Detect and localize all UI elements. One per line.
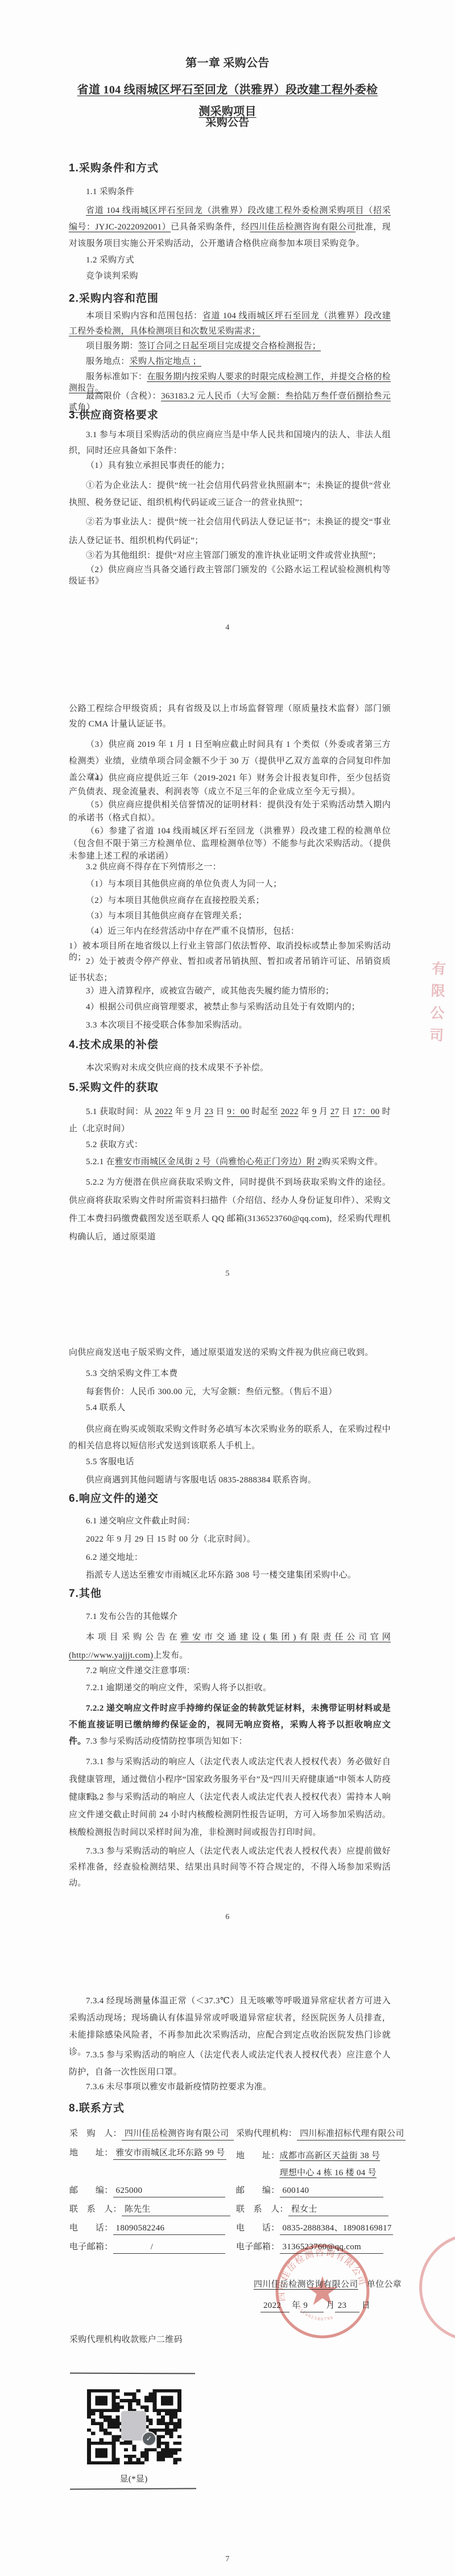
paragraph: 2）处于被责令停产停业、暂扣或者吊销执照、暂扣或者吊销许可证、吊销资质证书状态；	[69, 954, 391, 987]
text-run: 23	[335, 2300, 359, 2312]
contact-agency-address: 地 址：成都市高新区天益街 38 号理想中心 4 栋 16 楼 04 号	[236, 2147, 407, 2181]
contact-purchaser-zip: 邮 编：625000	[69, 2185, 225, 2197]
text-run: 四川佳岳检测咨询有限公司	[254, 2280, 358, 2289]
paragraph: 7.3.6 未尽事项以雅安市最新疫情防控要求为准。	[69, 2081, 391, 2093]
text-run: 采 购 人：	[69, 2129, 122, 2138]
text-run: 5.1 获取时间：从	[86, 1107, 155, 1116]
text-run: 日	[213, 1107, 227, 1116]
text-run: 邮 编：	[236, 2186, 280, 2195]
text-run: （4）近三年内在经营活动中存在严重不良情形，包括：	[86, 927, 299, 936]
contact-purchaser-person: 联 系 人：陈先生	[69, 2204, 230, 2216]
text-run: 指派专人送达至雅安市雨城区北环东路 308 号一楼交建集团采购中心。	[86, 1571, 356, 1580]
page-number: 5	[0, 1268, 455, 1280]
text-run: 7.3.6 未尽事项以雅安市最新疫情防控要求为准。	[86, 2082, 271, 2092]
text-run: 6.2 递交地址：	[86, 1553, 143, 1562]
text-run: 地 址：	[69, 2148, 113, 2158]
text-run: ①若为企业法人：提供“统一社会信用代码营业执照副本”；未换证的提供“营业执照、税…	[69, 481, 391, 507]
text-run: 1.1 采购条件	[86, 187, 134, 196]
paragraph: 供应商遇到其他问题请与客服电话 0835-2888384 联系咨询。	[69, 1474, 391, 1486]
contact-purchaser-phone: 电 话：18090582246	[69, 2222, 225, 2235]
paragraph: 本项目采购内容和范围包括：省道 104 线雨城区坪石至回龙（洪雅界）段改建工程外…	[69, 309, 391, 339]
text-run: 电子邮箱：	[69, 2242, 113, 2252]
text-run: 省道 104 线雨城区坪石至回龙（洪雅界）段改建工程外委检	[77, 84, 378, 96]
text-run: 第一章 采购公告	[185, 57, 269, 69]
text-run: 月	[191, 1107, 204, 1116]
text-run: 年	[173, 1107, 187, 1116]
document-title: 省道 104 线雨城区坪石至回龙（洪雅界）段改建工程外委检测采购项目	[45, 79, 409, 122]
document-page: 有限公司 四川佳岳检测咨询有限公司 511602580796 ✓ 第一章 采购公…	[0, 0, 455, 2576]
text-run: 27	[330, 1107, 340, 1116]
signature-company: 四川佳岳检测咨询有限公司 单位公章	[254, 2279, 402, 2290]
paragraph: 3）进入清算程序，或被宣告破产，或其他丧失履约能力情形的；	[69, 985, 391, 997]
text-run: 2）处于被责令停产停业、暂扣或者吊销执照、暂扣或者吊销许可证、吊销资质证书状态；	[69, 957, 391, 983]
text-run: 6.响应文件的递交	[69, 1493, 159, 1505]
text-run: 7.2 响应文件递交注意事项：	[86, 1666, 195, 1675]
text-run: 4	[225, 623, 229, 632]
qr-badge-check-icon: ✓	[142, 2431, 156, 2446]
text-run: 5.5 客服电话	[86, 1457, 134, 1466]
text-run: 2.采购内容和范围	[69, 293, 159, 305]
divider-line-top	[70, 2373, 195, 2374]
paragraph: ①若为企业法人：提供“统一社会信用代码营业执照副本”；未换证的提供“营业执照、税…	[69, 477, 391, 511]
text-run: 7.3 参与采购活动疫情防控事项告知如下：	[86, 1737, 247, 1746]
edge-seal-icon: 有限公司	[424, 960, 448, 1063]
paragraph: 指派专人送达至雅安市雨城区北环东路 308 号一楼交建集团采购中心。	[69, 1570, 391, 1581]
contact-agency: 采购代理机构：四川标准招标代理有限公司	[236, 2128, 406, 2140]
text-run: 3136523760@qq.com	[280, 2241, 383, 2254]
paragraph: 5.3 交纳采购文件工本费	[69, 1368, 391, 1379]
contact-agency-person: 联 系 人：程女士	[236, 2204, 388, 2216]
text-run: 项目服务期：	[86, 342, 138, 351]
paragraph: 1.2 采购方式	[69, 254, 391, 266]
text-run: 时起至	[249, 1107, 280, 1116]
signature-date: 2022 年9 月23 日	[260, 2300, 370, 2312]
text-run: 3.1 参与本项目采购活动的供应商应当是中华人民共和国境内的法人、非法人组织，同…	[69, 430, 391, 455]
text-run: 公路工程综合甲级资质；具有省级及以上市场监督管理（原质量技术监督）部门颁发的 C…	[69, 704, 391, 729]
text-run: 邮 编：	[69, 2186, 113, 2195]
text-run: 17：00	[353, 1107, 379, 1116]
text-run: 4.技术成果的补偿	[69, 1039, 159, 1051]
text-run: /	[113, 2241, 225, 2254]
text-run: 电子邮箱：	[236, 2242, 280, 2252]
text-run: 600140	[280, 2185, 383, 2197]
text-run: 单位公章	[358, 2280, 402, 2289]
contact-agency-email: 电子邮箱：3136523760@qq.com	[236, 2241, 383, 2254]
text-run: 电 话：	[69, 2224, 113, 2233]
text-run: 服务地点：	[86, 357, 130, 366]
text-run: 5.2 获取方式：	[86, 1140, 143, 1149]
section-heading: 7.其他	[69, 1588, 421, 1600]
paragraph: 省道 104 线雨城区坪石至回龙（洪雅界）段改建工程外委检测采购项目（招采编号：…	[69, 203, 391, 252]
paragraph: 3.1 参与本项目采购活动的供应商应当是中华人民共和国境内的法人、非法人组织，同…	[69, 427, 391, 459]
text-run: 1.2 采购方式	[86, 256, 134, 265]
text-run: 5.2.2 为方便潜在供应商获取采购文件，同时提供不到场获取采购文件的途径。供应…	[69, 1178, 391, 1242]
text-run: 5.2.1 在	[86, 1157, 115, 1166]
text-run: 5.采购文件的获取	[69, 1082, 159, 1094]
text-run: 5	[225, 1269, 229, 1278]
section-heading: 5.采购文件的获取	[69, 1082, 421, 1094]
text-run: （6）参建了省道 104 线雨城区坪石至回龙（洪雅界）段改建工程的检测单位（包含…	[69, 827, 391, 861]
text-run: 8.联系方式	[69, 2102, 125, 2114]
text-run: 采购公告	[205, 117, 249, 129]
text-run: 6.1 递交响应文件截止时间：	[86, 1517, 195, 1526]
text-run: 测采购项目	[198, 105, 257, 118]
paragraph: （1）具有独立承担民事责任的能力；	[69, 460, 391, 471]
text-run: 已具备采购条件，经	[171, 223, 250, 232]
text-run: 上发布。	[153, 1651, 188, 1660]
paragraph: （3）与本项目其他供应商存在管理关系；	[69, 910, 391, 922]
paragraph: 5.4 联系人	[69, 1402, 391, 1414]
section-heading: 8.联系方式	[69, 2103, 421, 2114]
text-run: 2022 年 9 月 29 日 15 时 00 分（北京时间）。	[86, 1535, 255, 1544]
paragraph: （5）供应商应提供相关信誉情况的证明材料：提供没有处于采购活动禁入期内的承诺书（…	[69, 799, 391, 825]
text-run: 3.3 本次项目不接受联合体参加采购活动。	[86, 1021, 247, 1030]
text-run: 5.3 交纳采购文件工本费	[86, 1369, 177, 1378]
text-run: 显(*显)	[120, 2475, 148, 2484]
text-run: 7.3.2 参与采购活动的响应人（法定代表人或法定代表人授权代表）需持本人响应文…	[69, 1793, 391, 1837]
text-run: 成都市高新区天益街 38 号理想中心 4 栋 16 楼 04 号	[280, 2147, 388, 2181]
text-run: （5）供应商应提供相关信誉情况的证明材料：提供没有处于采购活动禁入期内的承诺书（…	[69, 800, 391, 823]
text-run: 7.3.5 参与采购活动的响应人（法定代表人或法定代表人授权代表）应注意个人防护…	[69, 2051, 391, 2077]
paragraph: 7.3 参与采购活动疫情防控事项告知如下：	[69, 1736, 391, 1747]
text-run: 签订合同之日起至项目完成提交合格检测报告；	[138, 342, 321, 351]
text-run: 2022	[260, 2300, 289, 2312]
paragraph: 本项目采购公告在雅安市交通建设(集团)有限责任公司官网(http://www.y…	[69, 1628, 391, 1665]
paragraph: 项目服务期：签订合同之日起至项目完成提交合格检测报告；	[69, 340, 391, 352]
paragraph: 6.1 递交响应文件截止时间：	[69, 1515, 391, 1527]
text-run: 1.采购条件和方式	[69, 162, 159, 174]
text-run: 购买采购文件。	[322, 1157, 383, 1166]
paragraph: 7.3.5 参与采购活动的响应人（法定代表人或法定代表人授权代表）应注意个人防护…	[69, 2047, 391, 2081]
text-run: 最高限价（含税）：	[86, 392, 161, 401]
paragraph: （2）与本项目其他供应商存在直接控股关系；	[69, 895, 391, 906]
text-run: 供应商在购买或领取采购文件时务必填写本次采购业务的联系人，在采购过程中的相关信息…	[69, 1425, 391, 1451]
page-number: 7	[0, 2554, 455, 2565]
paragraph: 1.1 采购条件	[69, 186, 391, 198]
page-number: 6	[0, 1912, 455, 1923]
text-run: 3.供应商资格要求	[69, 409, 159, 421]
paragraph: 7.1 发布公告的其他媒介	[69, 1611, 391, 1622]
document-subtitle: 采购公告	[0, 117, 455, 129]
paragraph: 公路工程综合甲级资质；具有省级及以上市场监督管理（原质量技术监督）部门颁发的 C…	[69, 701, 391, 732]
text-run: 四川标准招标代理有限公司	[297, 2128, 406, 2140]
contact-purchaser-address: 地 址：雅安市雨城区北环东路 99 号	[69, 2147, 226, 2160]
section-heading: 2.采购内容和范围	[69, 293, 421, 305]
paragraph: 5.2.1 在雅安市雨城区金凤街 2 号（尚雅怡心苑正门旁边）附 2购买采购文件…	[69, 1156, 391, 1168]
company-seal-icon: 四川佳岳检测咨询有限公司 511602580796	[272, 2241, 373, 2342]
contact-purchaser-email: 电子邮箱： /	[69, 2241, 225, 2254]
text-run: 向供应商发送电子版采购文件，通过原渠道发送的采购文件视为供应商已收到。	[69, 1348, 374, 1357]
text-run: 6	[225, 1913, 229, 1921]
section-heading: 3.供应商资格要求	[69, 410, 421, 421]
chapter-heading: 第一章 采购公告	[0, 57, 455, 69]
section-heading: 1.采购条件和方式	[69, 163, 421, 174]
text-run: （3）与本项目其他供应商存在管理关系；	[86, 911, 247, 921]
text-run: 7	[225, 2555, 229, 2563]
text-run: 竞争谈判采购	[86, 272, 138, 281]
text-run: 电 话：	[236, 2224, 280, 2233]
text-run: （4）供应商应提供近三年（2019-2021 年）财务会计报表复印件，至少包括资…	[69, 774, 391, 796]
text-run: 联 系 人：	[69, 2205, 122, 2214]
section-heading: 4.技术成果的补偿	[69, 1040, 421, 1051]
text-run: 本次采购对未成交供应商的技术成果不予补偿。	[86, 1063, 268, 1073]
paragraph: （1）与本项目其他供应商的单位负责人为同一人；	[69, 878, 391, 890]
paragraph: 3.2 供应商不得存在下列情形之一：	[69, 861, 391, 873]
text-run: 23	[205, 1107, 214, 1116]
paragraph: ②若为事业法人：提供“统一社会信用代码法人登记证书”；未换证的提交“事业法人登记…	[69, 513, 391, 550]
paragraph: 供应商在购买或领取采购文件时务必填写本次采购业务的联系人，在采购过程中的相关信息…	[69, 1421, 391, 1455]
text-run: ②若为事业法人：提供“统一社会信用代码法人登记证书”；未换证的提交“事业法人登记…	[69, 517, 391, 545]
text-run: （2）供应商应当具备交通行政主管部门颁发的《公路水运工程试验检测机构等级证书》	[69, 565, 391, 586]
text-run: 四川佳岳检测咨询有限公司	[250, 223, 355, 232]
text-run: 采购代理机构收款账户二维码	[69, 2335, 183, 2344]
paragraph: 本次采购对未成交供应商的技术成果不予补偿。	[69, 1062, 391, 1074]
qr-caption: 显(*显)	[85, 2474, 182, 2485]
text-run: 陈先生	[122, 2204, 230, 2216]
paragraph: 2022 年 9 月 29 日 15 时 00 分（北京时间）。	[69, 1534, 391, 1545]
text-run: 服务标准如下：	[86, 372, 147, 381]
text-run: 625000	[113, 2185, 225, 2197]
paragraph: 5.5 客服电话	[69, 1456, 391, 1468]
text-run: 日	[359, 2301, 370, 2310]
text-run: 本项目采购内容和范围包括：	[86, 311, 202, 321]
text-run: 月	[317, 1107, 330, 1116]
text-run: 7.3.3 参与采购活动的响应人（法定代表人或法定代表人授权代表）应提前做好采样…	[69, 1847, 391, 1888]
paragraph: 7.2.1 逾期递交的响应文件，采购人将予以拒收。	[69, 1682, 391, 1694]
text-run: 每套售价：人民币 300.00 元，大写金额：叁佰元整。（售后不退）	[86, 1387, 337, 1396]
text-run: 7.1 发布公告的其他媒介	[86, 1612, 177, 1621]
paragraph: ③若为其他组织：提供“对应主管部门颁发的准许执业证明文件或营业执照”；	[69, 550, 391, 561]
text-run: 程女士	[288, 2204, 388, 2216]
text-run: 4）根据公司供应商管理要求，被禁止参与采购活动且处于有效期内的；	[86, 1003, 360, 1012]
paragraph: 5.2 获取方式：	[69, 1139, 391, 1151]
text-run: 3）进入清算程序，或被宣告破产，或其他丧失履约能力情形的；	[86, 987, 334, 996]
paragraph: 竞争谈判采购	[69, 270, 391, 282]
qr-account-label: 采购代理机构收款账户二维码	[69, 2334, 183, 2345]
text-run: 年	[299, 1107, 312, 1116]
text-run: 年	[289, 2301, 300, 2310]
text-run: ③若为其他组织：提供“对应主管部门颁发的准许执业证明文件或营业执照”；	[86, 551, 381, 560]
paragraph: 5.2.2 为方便潜在供应商获取采购文件，同时提供不到场获取采购文件的途径。供应…	[69, 1173, 391, 1246]
paragraph: （4）近三年内在经营活动中存在严重不良情形，包括：	[69, 926, 391, 937]
text-run: 2022	[155, 1107, 172, 1116]
text-run: 采购人指定地点 ；	[130, 357, 201, 366]
text-run: 地 址：	[236, 2151, 280, 2160]
paragraph: （4）供应商应提供近三年（2019-2021 年）财务会计报表复印件，至少包括资…	[69, 771, 391, 799]
paragraph: 服务地点：采购人指定地点 ；	[69, 356, 391, 367]
paragraph: 6.2 递交地址：	[69, 1552, 391, 1563]
text-run: 18090582246	[113, 2222, 225, 2235]
text-run: 7.2.1 逾期递交的响应文件，采购人将予以拒收。	[86, 1683, 271, 1692]
text-run: 月	[324, 2301, 334, 2310]
paragraph: 3.3 本次项目不接受联合体参加采购活动。	[69, 1020, 391, 1031]
text-run: 9：00	[227, 1107, 249, 1116]
text-run: 3.2 供应商不得存在下列情形之一：	[86, 862, 221, 872]
text-run: （1）与本项目其他供应商的单位负责人为同一人；	[86, 880, 282, 889]
text-run: 0835-2888384、18908169817	[280, 2222, 393, 2235]
paragraph: 4）根据公司供应商管理要求，被禁止参与采购活动且处于有效期内的；	[69, 1001, 391, 1013]
paragraph: （2）供应商应当具备交通行政主管部门颁发的《公路水运工程试验检测机构等级证书》	[69, 564, 391, 587]
text-run: 2022	[281, 1107, 299, 1116]
text-run: 5.4 联系人	[86, 1403, 126, 1412]
paragraph: 向供应商发送电子版采购文件，通过原渠道发送的采购文件视为供应商已收到。	[69, 1347, 391, 1358]
text-run: 日	[339, 1107, 353, 1116]
section-heading: 6.响应文件的递交	[69, 1493, 421, 1505]
text-run: 9	[312, 1107, 317, 1116]
text-run: 9	[300, 2300, 324, 2312]
text-run: 四川佳岳检测咨询有限公司	[122, 2128, 234, 2140]
edge-seal-bottom-icon	[419, 2233, 455, 2341]
contact-agency-phone: 电 话：0835-2888384、18908169817	[236, 2222, 393, 2235]
paragraph: 7.2 响应文件递交注意事项：	[69, 1665, 391, 1677]
text-run: （1）具有独立承担民事责任的能力；	[86, 461, 230, 470]
text-run: 采购代理机构：	[236, 2129, 297, 2138]
text-run: 联 系 人：	[236, 2205, 288, 2214]
paragraph: 7.3.3 参与采购活动的响应人（法定代表人或法定代表人授权代表）应提前做好采样…	[69, 1843, 391, 1891]
text-run: 雅安市雨城区北环东路 99 号	[113, 2147, 226, 2160]
paragraph: （6）参建了省道 104 线雨城区坪石至回龙（洪雅界）段改建工程的检测单位（包含…	[69, 825, 391, 862]
contact-purchaser: 采 购 人：四川佳岳检测咨询有限公司	[69, 2128, 234, 2140]
paragraph: 每套售价：人民币 300.00 元，大写金额：叁佰元整。（售后不退）	[69, 1386, 391, 1398]
text-run: 本项目采购公告在	[86, 1633, 180, 1642]
text-run: 雅安市雨城区金凤街 2 号（尚雅怡心苑正门旁边）附 2	[115, 1157, 322, 1166]
paragraph: 5.1 获取时间：从 2022 年 9 月 23 日 9：00 时起至 2022…	[69, 1103, 391, 1137]
divider-line-bottom	[70, 2488, 196, 2489]
paragraph: 7.3.2 参与采购活动的响应人（法定代表人或法定代表人授权代表）需持本人响应文…	[69, 1789, 391, 1842]
qr-code: ✓	[87, 2389, 181, 2464]
text-run: 供应商遇到其他问题请与客服电话 0835-2888384 联系咨询。	[86, 1476, 316, 1485]
page-number: 4	[0, 622, 455, 634]
text-run: （2）与本项目其他供应商存在直接控股关系；	[86, 896, 264, 905]
text-run: 7.其他	[69, 1588, 102, 1600]
contact-agency-zip: 邮 编：600140	[236, 2185, 383, 2197]
